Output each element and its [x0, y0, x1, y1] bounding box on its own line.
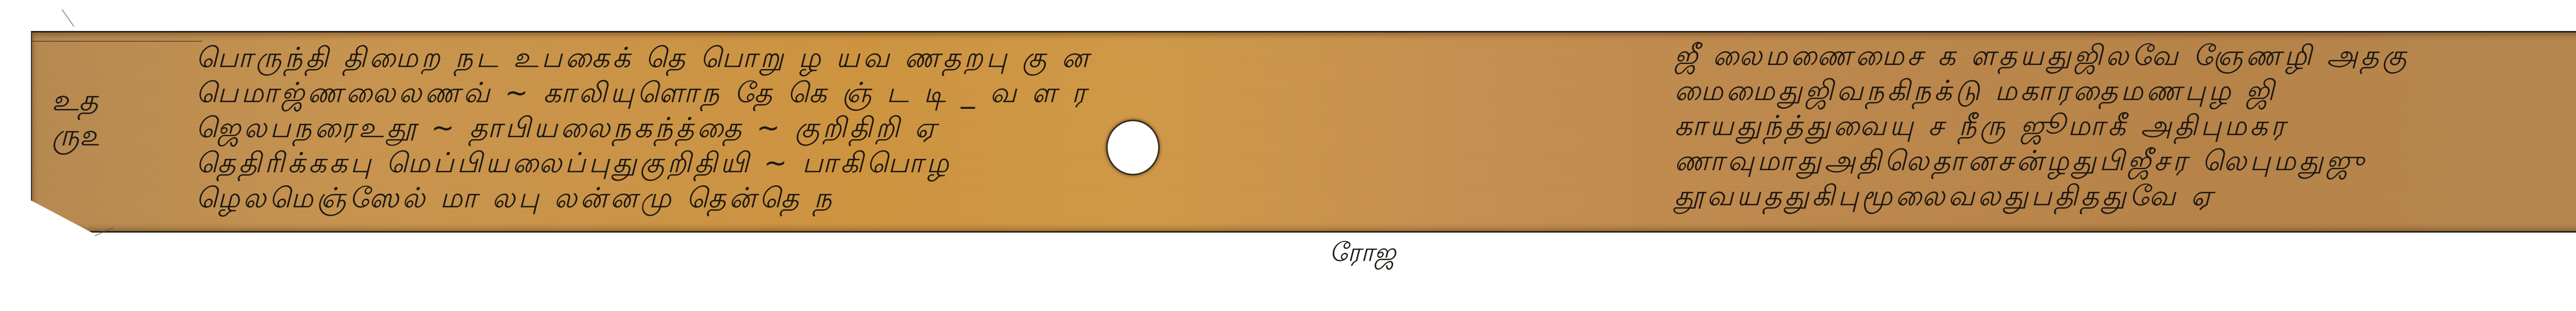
right-text-block: ஜீ லைமணைமைச க ளதயதுஜிலவே ஞேணழி அதகு மைமை…: [1674, 38, 2410, 214]
stray-fiber: [62, 9, 75, 27]
text-line: மைமைதுஜிவநகிநக்டு மகாரதைமணபுழ ஜி: [1674, 73, 2410, 108]
text-line: ஜெலபநரைஉதூ ~ தாபியலைநகந்த்தை ~ குறிதிறி …: [196, 110, 1092, 145]
margin-line-1: உத: [52, 83, 100, 118]
folio-margin-notation: உத ரு௨: [52, 83, 100, 153]
text-line: ஜீ லைமணைமைச க ளதயதுஜிலவே ஞேணழி அதகு: [1674, 38, 2410, 73]
text-line: பொருந்தி திமைற நட உபகைக் தெ பொறு ழ யவ ணத…: [196, 40, 1092, 75]
scribe-signature: ரோஜ: [1329, 237, 1396, 271]
text-line: ழெலமெஞ்ஸேல் மா லபு லன்னமு தென்தெ ந: [196, 181, 1092, 216]
text-line: காயதுந்த்துவையு ச நீரு ஜூமாகீ அதிபுமகர: [1674, 108, 2410, 143]
left-text-block: பொருந்தி திமைற நட உபகைக் தெ பொறு ழ யவ ணத…: [196, 40, 1092, 216]
text-line: தெதிரிக்ககபு மெப்பியலைப்புதுகுறிதியி ~ ப…: [196, 145, 1092, 181]
text-line: தூவயததுகிபுமூலைவலதுபதிததுவே ஏ: [1674, 178, 2410, 214]
string-hole: [1108, 121, 1158, 174]
margin-line-2: ரு௨: [52, 118, 100, 153]
text-line: பெமாஜ்ணலைலணவ் ~ காலியுளொந தே கெ ஞ் ட டி …: [196, 75, 1092, 110]
leaf-top-rule: [32, 41, 202, 42]
text-line: ணாவுமாதுஅதிலெதானசன்ழதுபிஜீசர லெபுமதுஜு: [1674, 143, 2410, 178]
